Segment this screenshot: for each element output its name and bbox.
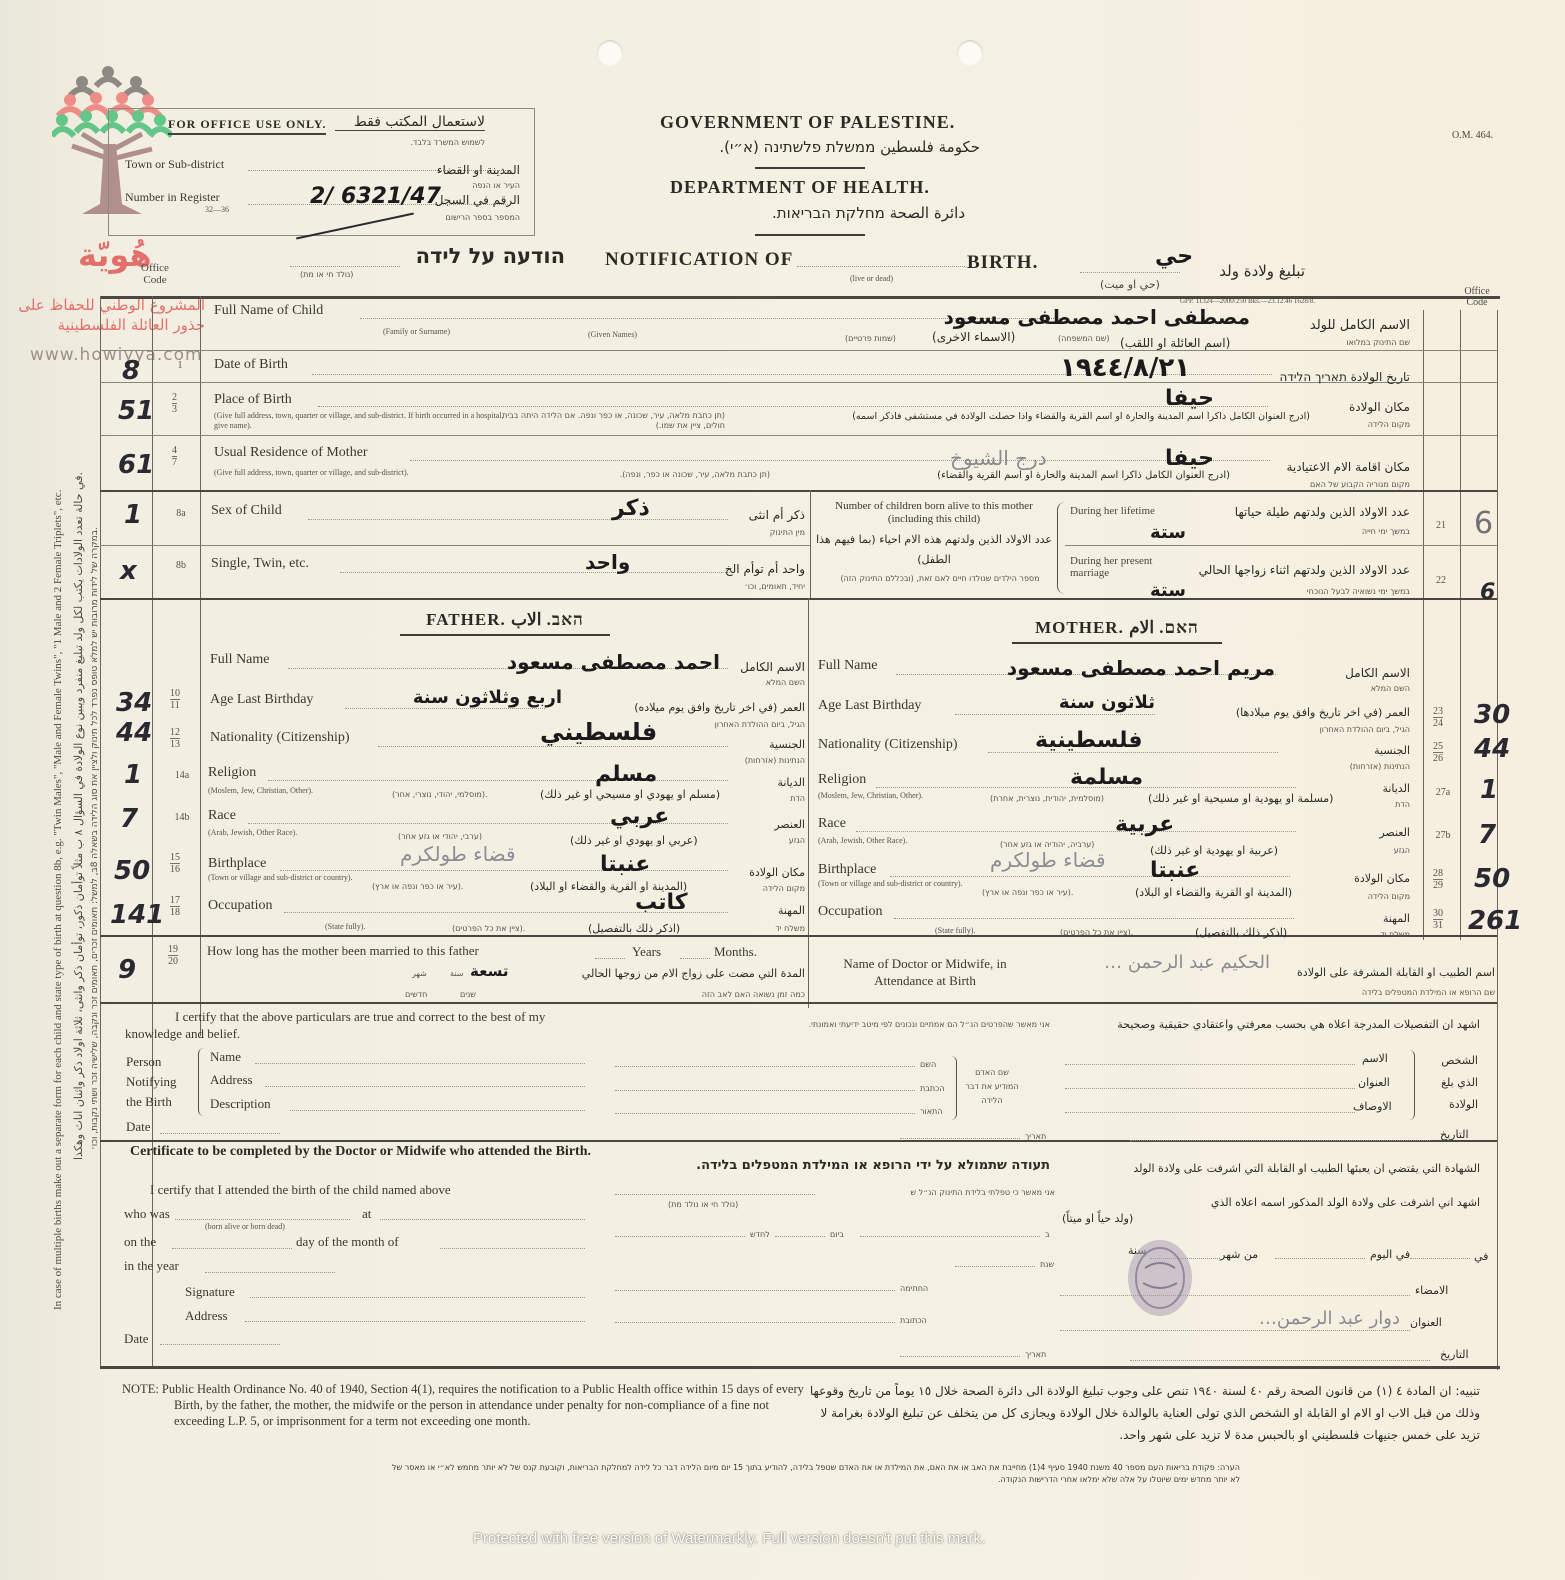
row-line-5 xyxy=(100,545,810,546)
dob-value[interactable]: ١٩٤٤/٨/٢١ xyxy=(1060,353,1190,383)
residence-q2: 7 xyxy=(172,457,177,468)
person-brace-left xyxy=(198,1048,205,1116)
sex-value[interactable]: ذكر xyxy=(612,496,650,521)
mother-religion-question-number: 27a xyxy=(1430,787,1456,799)
mother-occupation-label-he: משלח יד xyxy=(1350,930,1410,939)
mother-nationality-label: Nationality (Citizenship) xyxy=(818,737,958,753)
mother-birthplace-label-ar: مكان الولادة xyxy=(1330,872,1410,885)
mother-occ-q2: 31 xyxy=(1433,920,1443,931)
marriage-he-years: שנים xyxy=(460,990,476,999)
mother-birthplace-label-he: מקום הלידה xyxy=(1330,892,1410,901)
place-field[interactable] xyxy=(318,406,1268,407)
mother-occupation-office-code[interactable]: 261 xyxy=(1468,906,1522,936)
doctor-cert-month-field[interactable] xyxy=(440,1248,585,1249)
person-brace-he xyxy=(950,1056,957,1120)
live-or-dead-field[interactable] xyxy=(797,266,965,267)
doctor-cert-he-addr: הכתובת xyxy=(900,1316,927,1325)
mother-race-label-ar: العنصر xyxy=(1350,826,1410,839)
doctor-cert-signature-field[interactable] xyxy=(250,1297,585,1298)
mother-occupation-sub-en: (State fully). xyxy=(935,926,975,935)
margin-note-he-text: במקרה של לידות מרובות יש למלא טופס נפרד … xyxy=(90,527,100,1150)
doctor-cert-at-field[interactable] xyxy=(380,1219,585,1220)
father-occupation-sub-he: (ציין את כל הפרטים). xyxy=(452,924,525,933)
father-occupation-label: Occupation xyxy=(208,898,273,914)
person-notifying-label-he: שם האדם המודיע את דבר הלידה xyxy=(962,1066,1022,1108)
doctor-cert-he-sig: החתימה xyxy=(900,1284,928,1293)
residence-sub-en: (Give full address, town, quarter or vil… xyxy=(214,468,409,477)
notifier-name-field[interactable] xyxy=(255,1063,585,1064)
col-line-left-edge xyxy=(100,296,101,1366)
residence-annotation: درج الشيوخ xyxy=(950,446,1047,470)
child-name-sub-he-family: (שם המשפחה) xyxy=(1058,334,1110,343)
father-occ-q2: 18 xyxy=(170,907,180,918)
doctor-cert-ar-fi-field[interactable] xyxy=(1410,1258,1470,1259)
dob-label: Date of Birth xyxy=(214,357,288,373)
mother-occ-q1: 30 xyxy=(1433,908,1443,920)
notifier-name-label: Name xyxy=(210,1049,241,1065)
mother-birthplace-sub-en: (Town or village and sub-district or cou… xyxy=(818,879,963,889)
margin-note-en-text: In case of multiple births make out a se… xyxy=(52,490,64,1310)
marriage-ar-month: شهر xyxy=(412,969,427,978)
doctor-cert-date: Date xyxy=(124,1331,149,1347)
father-nationality-label-he: הנתינות (אזרחות) xyxy=(705,756,805,765)
father-occupation-question-number: 1718 xyxy=(170,895,180,918)
person-brace-ar xyxy=(1408,1050,1415,1120)
marriage-label: How long has the mother been married to … xyxy=(207,943,479,959)
child-name-sub-ar-other: (الاسماء الاخرى) xyxy=(932,330,1015,344)
mother-birthplace-sub-ar: (المدينة او القرية والقضاء او البلاد) xyxy=(1135,886,1292,899)
father-nationality-office-code[interactable]: 44 xyxy=(116,718,152,748)
marriage-years-field[interactable] xyxy=(595,958,625,959)
mother-nationality-question-number: 2526 xyxy=(1433,741,1443,764)
marriage-children-value[interactable]: ستة xyxy=(1150,580,1186,601)
doctor-cert-ar-sig-field[interactable] xyxy=(1060,1295,1410,1296)
certify-text-he: אני מאשר שהפרטים הנ״ל הם אמתיים ונכונים … xyxy=(620,1020,1050,1029)
father-religion-office-code[interactable]: 1 xyxy=(124,760,142,790)
mother-age-question-number: 2324 xyxy=(1433,706,1443,729)
child-name-value[interactable]: مصطفى احمد مصطفى مسعود xyxy=(930,305,1250,329)
doctor-cert-who-was: who was xyxy=(124,1206,170,1222)
doctor-cert-he-b-field[interactable] xyxy=(860,1236,1040,1237)
place-value[interactable]: حيفا xyxy=(1165,386,1214,411)
office-code-left: Office Code xyxy=(135,262,175,286)
doctor-cert-born-field[interactable] xyxy=(175,1219,350,1220)
mother-nat-q1: 25 xyxy=(1433,741,1443,753)
place-q2: 3 xyxy=(172,404,177,415)
lifetime-question-number: 21 xyxy=(1430,520,1452,532)
notifier-date-label-ar: التاريخ xyxy=(1440,1128,1469,1141)
row-line-8 xyxy=(100,1002,1497,1004)
father-birthplace-annotation: قضاء طولكرم xyxy=(400,842,516,866)
live-or-dead-sub: (live or dead) xyxy=(850,274,893,283)
notifier-date-field-he[interactable] xyxy=(900,1138,1020,1139)
doctor-cert-in-year: in the year xyxy=(124,1258,179,1274)
mother-birthplace-value[interactable]: عنبتا xyxy=(1150,858,1200,883)
single-office-code[interactable]: x xyxy=(120,556,137,586)
lifetime-office-code[interactable]: 6 xyxy=(1474,506,1493,541)
doctor-cert-he-day-field[interactable] xyxy=(775,1236,825,1237)
father-birthplace-office-code[interactable]: 50 xyxy=(114,856,150,886)
father-birthplace-label-ar: مكان الولادة xyxy=(725,866,805,879)
residence-sub-ar: (ادرج العنوان الكامل ذاكراً اسم المدينة … xyxy=(810,470,1230,481)
father-name-label: Full Name xyxy=(210,652,270,668)
mother-age-value[interactable]: ثلاثون سنة xyxy=(995,692,1155,713)
father-birthplace-question-number: 1516 xyxy=(170,852,180,875)
doctor-cert-he-date-field[interactable] xyxy=(900,1356,1020,1357)
place-office-code[interactable]: 51 xyxy=(118,396,154,426)
notifier-date-label: Date xyxy=(126,1119,151,1135)
lifetime-label-en: During her lifetime xyxy=(1070,505,1155,517)
single-value[interactable]: واحد xyxy=(585,550,630,574)
table-top-border xyxy=(100,296,1500,299)
notifier-description-field-ar[interactable] xyxy=(1065,1112,1355,1113)
marriage-months-field[interactable] xyxy=(680,958,710,959)
doctor-cert-day-of: day of the month of xyxy=(296,1234,399,1250)
doctor-cert-on-the: on the xyxy=(124,1234,156,1250)
doctor-cert-at: at xyxy=(362,1206,371,1222)
mother-nat-q2: 26 xyxy=(1433,753,1443,764)
row-line-3 xyxy=(100,435,1497,436)
father-religion-sub-he: (מוסלמי, יהודי, נוצרי, אחר). xyxy=(392,790,488,799)
title-arabic: تبليغ ولادة ولد xyxy=(1185,262,1305,280)
father-religion-sub-en: (Moslem, Jew, Christian, Other). xyxy=(208,786,313,795)
children-label-he: מספר הילדים שנולדו חיים לאם זאת, (ובכללם… xyxy=(840,574,1040,583)
mother-race-field[interactable] xyxy=(856,831,1296,832)
doctor-name-label-ar: اسم الطبيب او القابلة المشرفة على الولاد… xyxy=(1250,966,1495,979)
father-age-label: Age Last Birthday xyxy=(210,692,313,708)
mother-birthplace-question-number: 2829 xyxy=(1433,868,1443,891)
place-label: Place of Birth xyxy=(214,392,292,408)
mother-race-sub-ar: (عربية او يهودية او غير ذلك) xyxy=(1150,844,1278,857)
doctor-cert-line-1: I certify that I attended the birth of t… xyxy=(150,1182,451,1198)
notifier-description-label-he: התאור xyxy=(920,1107,943,1116)
mother-race-question-number: 27b xyxy=(1430,830,1456,842)
place-label-ar: مكان الولادة xyxy=(1300,400,1410,414)
doctor-cert-ar-date-field[interactable] xyxy=(1130,1360,1430,1361)
mother-heading: MOTHER. האם. الام xyxy=(1012,618,1222,644)
mother-name-value[interactable]: مريم احمد مصطفى مسعود xyxy=(985,656,1275,680)
doctor-cert-he-sig-field[interactable] xyxy=(615,1290,895,1291)
mother-occupation-label-ar: المهنة xyxy=(1350,912,1410,925)
father-religion-label-ar: الديانة xyxy=(745,776,805,789)
father-bp-q1: 15 xyxy=(170,852,180,864)
office-use-label-en: FOR OFFICE USE ONLY. xyxy=(168,117,326,135)
person-notifying-label: Person Notifying the Birth xyxy=(126,1052,194,1112)
child-name-label: Full Name of Child xyxy=(214,303,323,319)
father-name-label-he: השם המלא xyxy=(725,678,805,687)
title-he-field[interactable] xyxy=(290,266,400,267)
residence-office-code[interactable]: 61 xyxy=(118,450,154,480)
doctor-cert-he-month: לחדש xyxy=(750,1230,770,1239)
notifier-name-field-ar[interactable] xyxy=(1065,1064,1355,1065)
col-line-right-edge xyxy=(1497,310,1498,1370)
place-label-he: מקום הלידה xyxy=(1300,420,1410,429)
father-age-office-code[interactable]: 34 xyxy=(116,688,152,718)
row-line-1 xyxy=(100,350,1497,351)
father-occupation-sub-en: (State fully). xyxy=(325,922,365,931)
father-religion-question-number: 14a xyxy=(170,770,194,782)
sex-office-code[interactable]: 1 xyxy=(124,500,142,530)
child-name-label-he: שם התינוק במלואו xyxy=(1255,338,1410,347)
divider-2 xyxy=(755,234,865,236)
doctor-cert-he-year: שנת xyxy=(1040,1260,1054,1269)
lifetime-label-ar: عدد الاولاد الذين ولدتهم طيلة حياتها xyxy=(1190,505,1410,519)
doctor-cert-ar-day-field[interactable] xyxy=(1275,1258,1365,1259)
notifier-name-field-he[interactable] xyxy=(615,1066,915,1067)
place-sub-he: (תן כתבת מלאה, עיר, שכונה, או כפר ונפה. … xyxy=(500,411,725,431)
mother-age-label-he: הגיל, ביום ההולדת האחרון xyxy=(1240,725,1410,734)
mother-bp-q2: 29 xyxy=(1433,880,1443,891)
doctor-name-label: Name of Doctor or Midwife, in Attendance… xyxy=(820,955,1030,989)
register-sub: 32—36 xyxy=(205,205,229,214)
father-nat-q2: 13 xyxy=(170,739,180,750)
doctor-cert-ar-line1: اشهد اني اشرفت على ولادة الولد المذكور ا… xyxy=(1060,1196,1480,1209)
doctor-cert-he-b: ב xyxy=(1045,1230,1050,1239)
watermark-line-2: جذور العائلة الفلسطينية xyxy=(0,316,205,334)
father-religion-field[interactable] xyxy=(268,780,728,781)
notifier-address-field-ar[interactable] xyxy=(1065,1088,1355,1089)
father-nationality-label: Nationality (Citizenship) xyxy=(210,730,350,746)
father-nationality-value[interactable]: فلسطيني xyxy=(540,718,657,746)
father-race-label-ar: العنصر xyxy=(745,818,805,831)
child-name-label-ar: الاسم الكامل للولد xyxy=(1255,318,1410,333)
child-name-sub-family: (Family or Surname) xyxy=(383,327,450,336)
notifier-description-field-he[interactable] xyxy=(615,1113,915,1114)
doctor-cert-born-sub: (born alive or born dead) xyxy=(205,1222,285,1231)
single-label-he: יחיד, תאומים, וכו׳ xyxy=(700,582,805,591)
mother-nationality-label-ar: الجنسية xyxy=(1330,744,1410,757)
government-title-ar-he: حكومة فلسطين ממשלת פלשתינה (א״י). xyxy=(650,138,980,156)
father-occ-q1: 17 xyxy=(170,895,180,907)
doctor-cert-ar-fi: في xyxy=(1474,1250,1488,1263)
doctor-cert-title-he: תעודה שתמולא על ידי הרופא או המילדת המטפ… xyxy=(630,1158,1050,1173)
punch-hole-left xyxy=(597,40,623,66)
col-line-office-b xyxy=(1460,310,1461,940)
mother-occupation-field[interactable] xyxy=(894,918,1294,919)
notifier-description-field[interactable] xyxy=(290,1110,585,1111)
marriage-children-label-he: במשך ימי נשואיה לבעל הנוכחי xyxy=(1230,587,1410,596)
mother-religion-label-ar: الديانة xyxy=(1350,782,1410,795)
doctor-cert-ar-addr: العنوان xyxy=(1410,1316,1442,1329)
notifier-address-field-he[interactable] xyxy=(615,1090,915,1091)
department-title-ar-he: دائرة الصحة מחלקת הבריאות. xyxy=(650,204,965,222)
office-use-label-he: לשמוש המשרד בלבד. xyxy=(335,138,485,147)
place-sub-en: (Give full address, town, quarter or vil… xyxy=(214,411,504,431)
single-label-ar: واحد أم توأم الخ xyxy=(700,562,805,576)
father-age-field[interactable] xyxy=(345,708,545,709)
lifetime-value[interactable]: ستة xyxy=(1150,522,1186,543)
notifier-address-label-ar: العنوان xyxy=(1358,1076,1390,1089)
father-age-label-ar: العمر (في اخر تاريخ وافق يوم ميلاده) xyxy=(565,701,805,714)
marriage-ar-year: سنة xyxy=(450,969,463,978)
dob-office-code[interactable]: 8 xyxy=(122,356,140,386)
dob-label-ar-he: تاريخ الولادة תאריך הלידה xyxy=(1255,370,1410,384)
single-question-number: 8b xyxy=(170,560,192,572)
doctor-cert-day-field[interactable] xyxy=(172,1248,292,1249)
title-ar-field[interactable] xyxy=(1080,272,1180,273)
father-occupation-office-code[interactable]: 141 xyxy=(110,900,164,930)
father-age-q1: 10 xyxy=(170,688,180,700)
residence-label-he: מקום מגוריה הקבוע של האם xyxy=(1240,480,1410,489)
notifier-date-field[interactable] xyxy=(160,1133,280,1134)
mother-race-office-code[interactable]: 7 xyxy=(1478,820,1496,850)
divider-1 xyxy=(755,167,865,169)
punch-hole-right xyxy=(957,40,983,66)
department-title: DEPARTMENT OF HEALTH. xyxy=(670,177,930,198)
register-label-ar: الرقم في السجل xyxy=(380,193,520,207)
father-nat-q1: 12 xyxy=(170,727,180,739)
father-race-label-he: הגזע xyxy=(745,836,805,845)
doctor-cert-title-ar: الشهادة التي يقتضي ان يعبئها الطبيب او ا… xyxy=(1060,1162,1480,1175)
title-prefix: NOTIFICATION OF xyxy=(605,249,793,271)
town-label-en: Town or Sub-district xyxy=(125,157,224,172)
place-sub-ar: (ادرج العنوان الكامل ذاكراً اسم المدينة … xyxy=(730,411,1310,422)
col-line-office-a xyxy=(1423,310,1424,940)
father-race-value[interactable]: عربي xyxy=(610,804,669,829)
official-stamp-icon xyxy=(1125,1238,1195,1318)
father-occupation-label-ar: المهنة xyxy=(745,904,805,917)
doctor-cert-he-line1: אני מאשר כי טפלתי בלידת התינוק הנ״ל ש xyxy=(815,1188,1055,1197)
mother-nationality-office-code[interactable]: 44 xyxy=(1474,734,1510,764)
sex-label: Sex of Child xyxy=(211,503,282,519)
mother-religion-label: Religion xyxy=(818,772,866,788)
mother-age-label-ar: العمر (في اخر تاريخ وافق يوم ميلادها) xyxy=(1160,706,1410,719)
father-race-sub-ar: (عربي او يهودي او غير ذلك) xyxy=(570,834,698,847)
note-hebrew: הערה: פקודת בריאות העם מספר 40 משנת 1940… xyxy=(380,1462,1240,1486)
note-arabic: تنبيه: ان المادة ٤ (١) من قانون الصحة رق… xyxy=(800,1380,1480,1446)
notifier-name-label-ar: الاسم xyxy=(1362,1052,1388,1065)
notifier-address-field[interactable] xyxy=(265,1086,585,1087)
doctor-cert-ar-addr-field[interactable] xyxy=(1060,1330,1410,1331)
margin-note-arabic: في حالة تعدد الولادات يكتب لكل ولد تبليغ… xyxy=(72,160,85,1160)
marriage-years-label: Years xyxy=(632,944,661,960)
father-name-value[interactable]: احمد مصطفى مسعود xyxy=(450,650,720,674)
father-birthplace-field[interactable] xyxy=(280,870,728,871)
marriage-children-label-ar: عدد الاولاد الذين ولدتهم اثناء زواجها ال… xyxy=(1170,563,1410,577)
doctor-cert-year-field[interactable] xyxy=(205,1272,335,1273)
doctor-cert-title: Certificate to be completed by the Docto… xyxy=(128,1143,593,1161)
marriage-children-question-number: 22 xyxy=(1430,575,1452,587)
child-name-sub-given: (Given Names) xyxy=(588,330,637,339)
father-nationality-question-number: 1213 xyxy=(170,727,180,750)
marriage-q1: 19 xyxy=(168,944,178,956)
mother-nationality-label-he: הנתינות (אזרחות) xyxy=(1310,762,1410,771)
mother-name-label: Full Name xyxy=(818,658,878,674)
father-occupation-sub-ar: (اذكر ذلك بالتفصيل) xyxy=(588,922,680,935)
residence-value[interactable]: حيفا xyxy=(1165,446,1214,471)
marriage-office-code[interactable]: 9 xyxy=(118,955,136,985)
notifier-address-label-he: הכתבת xyxy=(920,1084,945,1093)
residence-sub-he: (תן כתבת מלאה, עיר, שכונה או כפר, ונפה). xyxy=(560,470,770,479)
doctor-cert-he-addr-field[interactable] xyxy=(615,1322,895,1323)
notifier-date-field-ar[interactable] xyxy=(1130,1140,1430,1141)
mother-religion-office-code[interactable]: 1 xyxy=(1480,775,1498,805)
marriage-value[interactable]: تسعة xyxy=(470,962,508,980)
residence-field[interactable] xyxy=(410,460,1270,461)
col-line-q xyxy=(200,296,201,1036)
town-label-ar: المدينة او القضاء xyxy=(380,163,520,177)
mother-occupation-label: Occupation xyxy=(818,904,883,920)
mother-age-q2: 24 xyxy=(1433,718,1443,729)
register-label-en: Number in Register xyxy=(125,190,220,205)
sex-field[interactable] xyxy=(308,519,728,520)
father-occupation-value[interactable]: كاتب xyxy=(635,890,688,915)
mother-birthplace-office-code[interactable]: 50 xyxy=(1474,864,1510,894)
father-bp-q2: 16 xyxy=(170,864,180,875)
father-birthplace-label-he: מקום הלידה xyxy=(725,884,805,893)
watermark-footer: Protected with free version of Watermark… xyxy=(473,1530,985,1547)
notifier-name-label-he: השם xyxy=(920,1060,936,1069)
single-field[interactable] xyxy=(340,572,730,573)
title-ar-sub: (حي او ميت) xyxy=(1100,278,1160,291)
doctor-cert-he-month-field[interactable] xyxy=(615,1236,745,1237)
mother-age-office-code[interactable]: 30 xyxy=(1474,700,1510,730)
residence-label: Usual Residence of Mother xyxy=(214,445,368,461)
margin-note-english: In case of multiple births make out a se… xyxy=(52,70,64,1310)
marriage-months-label: Months. xyxy=(714,944,757,960)
place-q1: 2 xyxy=(172,392,177,404)
mother-race-value[interactable]: عربية xyxy=(1115,812,1174,837)
father-birthplace-label: Birthplace xyxy=(208,856,266,872)
mother-age-q1: 23 xyxy=(1433,706,1443,718)
father-age-question-number: 1011 xyxy=(170,688,180,711)
father-birthplace-value[interactable]: عنبتا xyxy=(600,852,650,877)
mother-religion-sub-he: (מוסלמית, יהודית, נוצרית, אחרת) xyxy=(990,794,1104,803)
father-nationality-field[interactable] xyxy=(378,746,728,747)
doctor-cert-he-day: ביום xyxy=(830,1230,844,1239)
marriage-children-office-code[interactable]: 6 xyxy=(1480,580,1495,605)
father-race-office-code[interactable]: 7 xyxy=(120,804,138,834)
mother-occupation-sub-he: (ציין את כל הפרטים). xyxy=(1060,928,1133,937)
row-line-10 xyxy=(100,1366,1500,1369)
doctor-cert-he-year-field[interactable] xyxy=(955,1266,1035,1267)
mother-nationality-value[interactable]: فلسطينية xyxy=(1035,728,1143,753)
father-religion-label: Religion xyxy=(208,765,256,781)
doctor-cert-he-date: תאריך xyxy=(1025,1350,1046,1359)
marriage-q2: 20 xyxy=(168,956,178,967)
doctor-cert-date-field[interactable] xyxy=(160,1344,280,1345)
father-race-question-number: 14b xyxy=(170,812,194,824)
mother-age-label: Age Last Birthday xyxy=(818,698,921,714)
margin-note-hebrew: במקרה של לידות מרובות יש למלא טופס נפרד … xyxy=(90,190,100,1150)
row-line-6 xyxy=(100,598,1497,600)
doctor-name-value[interactable]: الحكيم عبد الرحمن … xyxy=(1040,952,1270,973)
doctor-cert-signature: Signature xyxy=(185,1284,235,1300)
father-heading: FATHER. האב. الاب xyxy=(400,610,610,636)
children-brace xyxy=(1057,502,1066,594)
father-race-label: Race xyxy=(208,808,236,824)
doctor-cert-ar-day: في اليوم xyxy=(1370,1248,1410,1261)
mother-name-label-he: השם המלא xyxy=(1320,684,1410,693)
notifier-date-label-he: תאריך xyxy=(1025,1132,1046,1141)
sex-question-number: 8a xyxy=(170,508,192,520)
father-religion-value[interactable]: مسلم xyxy=(595,762,657,787)
mother-birthplace-field[interactable] xyxy=(890,876,1290,877)
father-age-q2: 11 xyxy=(170,700,180,711)
certify-text-ar: اشهد ان التفصيلات المدرجة اعلاه هي بحسب … xyxy=(1060,1018,1480,1031)
father-age-value[interactable]: اربع وثلاثون سنة xyxy=(372,687,562,708)
father-religion-sub-ar: (مسلم او يهودي او مسيحي او غير ذلك) xyxy=(540,788,720,801)
residence-label-ar: مكان اقامة الام الاعتيادية xyxy=(1240,460,1410,474)
doctor-cert-address-field[interactable] xyxy=(245,1321,585,1322)
notifier-address-label: Address xyxy=(210,1072,253,1088)
father-nationality-label-ar: الجنسية xyxy=(725,738,805,751)
doctor-cert-he-line1-field[interactable] xyxy=(615,1194,815,1195)
mother-religion-value[interactable]: مسلمة xyxy=(1070,765,1143,790)
mother-age-field[interactable] xyxy=(955,714,1155,715)
father-race-sub-en: (Arab, Jewish, Other Race). xyxy=(208,828,297,837)
mother-birthplace-annotation: قضاء طولكرم xyxy=(990,848,1106,872)
